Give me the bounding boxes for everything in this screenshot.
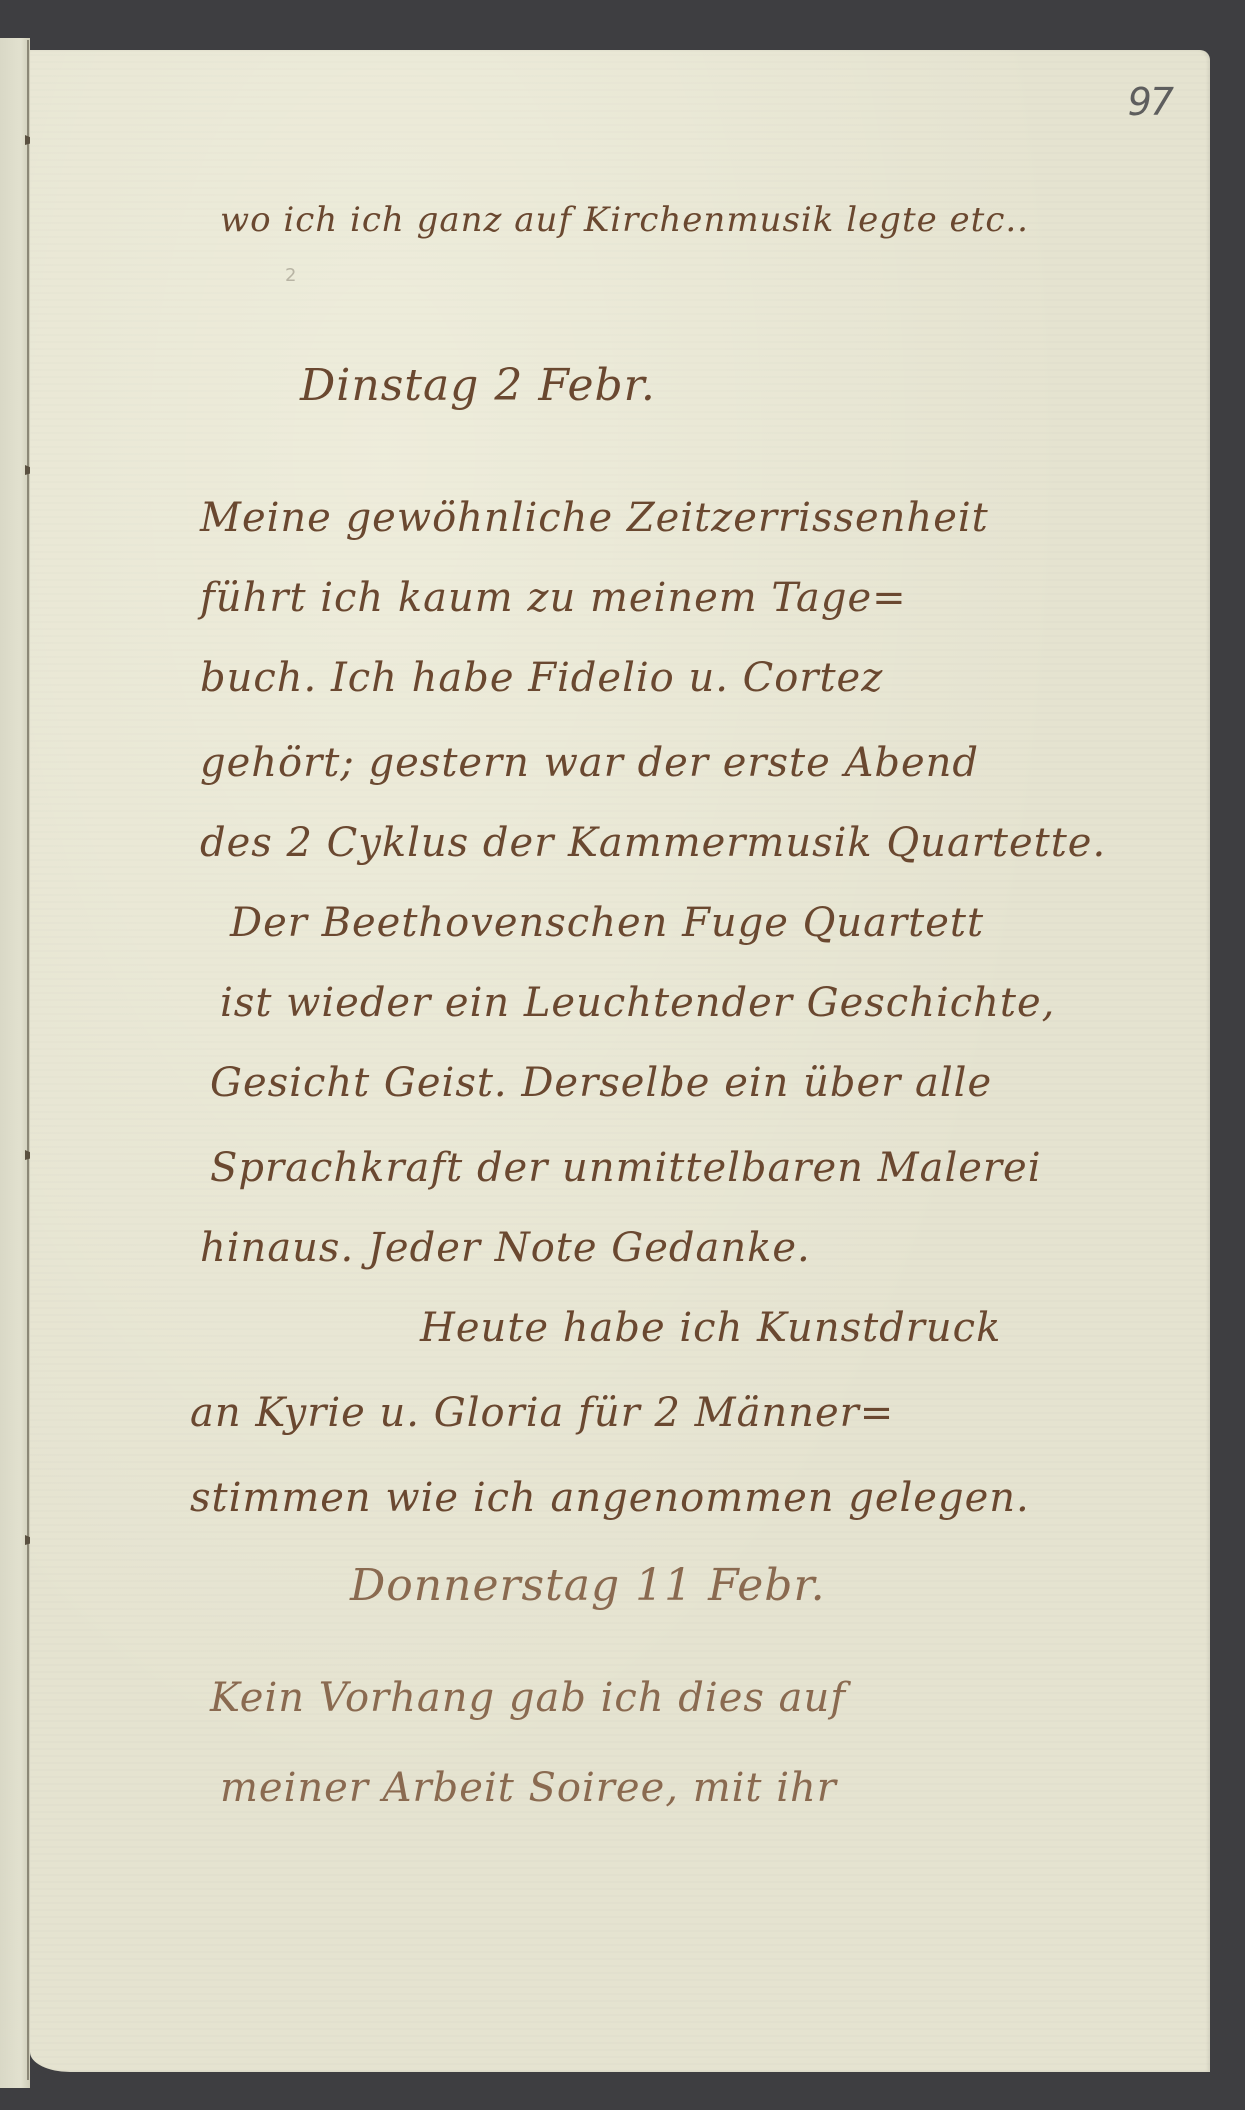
text-line: führt ich kaum zu meinem Tage= <box>200 575 907 621</box>
entry-heading: Dinstag 2 Febr. <box>300 360 656 411</box>
text-line: Kein Vorhang gab ich dies auf <box>210 1675 846 1721</box>
text-line: Meine gewöhnliche Zeitzerrissenheit <box>200 495 989 541</box>
text-line: ist wieder ein Leuchtender Geschichte, <box>220 980 1055 1026</box>
facing-page-edge <box>0 38 30 2088</box>
text-line: gehört; gestern war der erste Abend <box>200 740 979 786</box>
text-line: des 2 Cyklus der Kammermusik Quartette. <box>200 820 1106 866</box>
text-line: buch. Ich habe Fidelio u. Cortez <box>200 655 883 701</box>
library-mark: 2 <box>285 265 296 286</box>
text-line: Der Beethovenschen Fuge Quartett <box>230 900 984 946</box>
text-line: stimmen wie ich angenommen gelegen. <box>190 1475 1030 1521</box>
folio-number: 97 <box>1128 80 1172 124</box>
entry-heading: Donnerstag 11 Febr. <box>350 1560 826 1611</box>
text-line: wo ich ich ganz auf Kirchenmusik legte e… <box>220 200 1029 240</box>
text-line: Sprachkraft der unmittelbaren Malerei <box>210 1145 1042 1191</box>
text-line: meiner Arbeit Soiree, mit ihr <box>220 1765 837 1811</box>
text-line: Gesicht Geist. Derselbe ein über alle <box>210 1060 992 1106</box>
manuscript-page: 97 2 wo ich ich ganz auf Kirchenmusik le… <box>30 50 1210 2072</box>
text-line: hinaus. Jeder Note Gedanke. <box>200 1225 811 1271</box>
text-line: Heute habe ich Kunstdruck <box>420 1305 1001 1351</box>
binding-gutter <box>27 40 29 2080</box>
text-line: an Kyrie u. Gloria für 2 Männer= <box>190 1390 894 1436</box>
